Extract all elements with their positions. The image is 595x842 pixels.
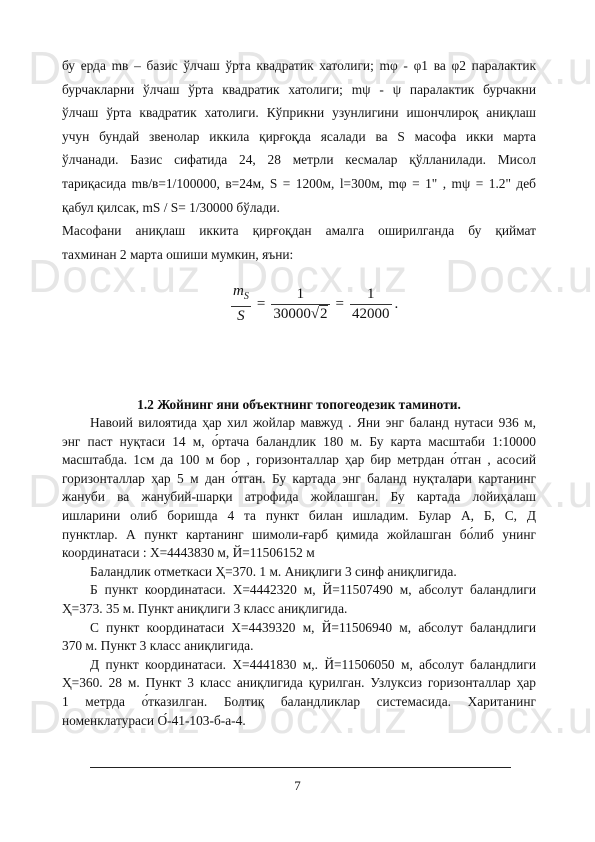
equals-sign: = (336, 296, 344, 313)
text-line: координатаси : Х=4443830 м, Й=11506152 м (62, 544, 536, 563)
text-line: тахминан 2 марта ошиши мумкин, яъни: (62, 243, 536, 267)
paragraph: Д пункт координатаси. Х=4441830 м,. Й=11… (62, 656, 536, 730)
text-line: номенклатураси О́-41-103-б-а-4. (62, 712, 536, 731)
footer-divider (90, 767, 511, 768)
text-line: Навоий вилоятида ҳар хил жойлар мавжуд .… (62, 414, 536, 433)
text-line: ўлчаш ўрта квадратик хатолиги. Кўприкни … (62, 101, 536, 125)
second-paragraph: Масофани аниқлаш иккита қирғоқдан амалга… (62, 219, 536, 266)
formula-period: . (395, 296, 399, 313)
fraction-middle: 1 30000√2 (271, 286, 329, 323)
sqrt-symbol: √ (311, 306, 319, 322)
formula-rhs-numerator: 1 (365, 286, 377, 304)
text-line: ўлчанади. Базис сифатида 24, 28 метрли к… (62, 148, 536, 172)
text-line: горизонталлар ҳар 5 м дан о́тган. Бу кар… (62, 470, 536, 489)
formula-rhs-denominator: 42000 (350, 305, 392, 323)
fraction-lhs: mS S (231, 283, 251, 325)
fraction-rhs: 1 42000 (350, 286, 392, 323)
paragraph: Баландлик отметкаси Ҳ=370. 1 м. Аниқлиги… (62, 563, 536, 582)
paragraph: С пункт координатаси Х=4439320 м, Й=1150… (62, 619, 536, 656)
paragraph: Б пункт координатаси. Х=4442320 м, Й=115… (62, 581, 536, 618)
formula-lhs-denominator: S (237, 308, 245, 324)
text-line: Баландлик отметкаси Ҳ=370. 1 м. Аниқлиги… (62, 563, 536, 582)
text-line: қабул қилсак, mS / S= 1/30000 бўлади. (62, 196, 536, 220)
text-line: Б пункт координатаси. Х=4442320 м, Й=115… (62, 581, 536, 600)
text-line: Масофани аниқлаш иккита қирғоқдан амалга… (62, 219, 536, 243)
section-body: Навоий вилоятида ҳар хил жойлар мавжуд .… (62, 414, 536, 730)
text-line: Ҳ=360. 28 м. Пункт 3 класс аниқлигида қу… (62, 674, 536, 693)
text-line: масштабда. 1см да 100 м бор , горизонтал… (62, 451, 536, 470)
section-heading: 1.2 Жойнинг яни объектнинг топогеодезик … (62, 397, 536, 413)
formula-lhs-numerator: m (233, 283, 244, 299)
document-page: Docx.uz Docx.uz Docx.uz Docx.uz Docx.uz … (0, 0, 595, 842)
text-line: пунктлар. А пункт картанинг шимоли-ғарб … (62, 526, 536, 545)
sqrt-radicand: 2 (319, 305, 328, 322)
formula-mid-numerator: 1 (295, 286, 307, 304)
intro-paragraph: бу ерда mв – базис ўлчаш ўрта квадратик … (62, 54, 536, 219)
text-line: Ҳ=373. 35 м. Пункт аниқлиги 3 класс аниқ… (62, 600, 536, 619)
page-number: 7 (0, 778, 595, 794)
text-line: бурчакларни ўлчаш ўрта квадратик хатолиг… (62, 78, 536, 102)
text-line: бу ерда mв – базис ўлчаш ўрта квадратик … (62, 54, 536, 78)
text-line: ишларини олиб боришда 4 та пункт билан и… (62, 507, 536, 526)
text-line: С пункт координатаси Х=4439320 м, Й=1150… (62, 619, 536, 638)
formula-mid-denominator: 30000 (273, 306, 311, 322)
text-line: жануби ва жанубий-шарқи атрофида жойлашг… (62, 488, 536, 507)
paragraph: Навоий вилоятида ҳар хил жойлар мавжуд .… (62, 414, 536, 563)
text-line: 370 м. Пункт 3 класс аниқлигида. (62, 637, 536, 656)
text-line: энг паст нуқтаси 14 м, о́ртача баландлик… (62, 433, 536, 452)
formula-lhs-subscript: S (244, 291, 249, 302)
text-line: учун бундай звенолар иккила қирғоқда яса… (62, 125, 536, 149)
text-line: тариқасида mв/в=1/100000, в=24м, S = 120… (62, 172, 536, 196)
text-line: Д пункт координатаси. Х=4441830 м,. Й=11… (62, 656, 536, 675)
text-line: 1 метрда о́тказилган. Болтиқ баландликла… (62, 693, 536, 712)
formula: mS S = 1 30000√2 = 1 42000 . (228, 283, 398, 325)
equals-sign: = (257, 296, 265, 313)
